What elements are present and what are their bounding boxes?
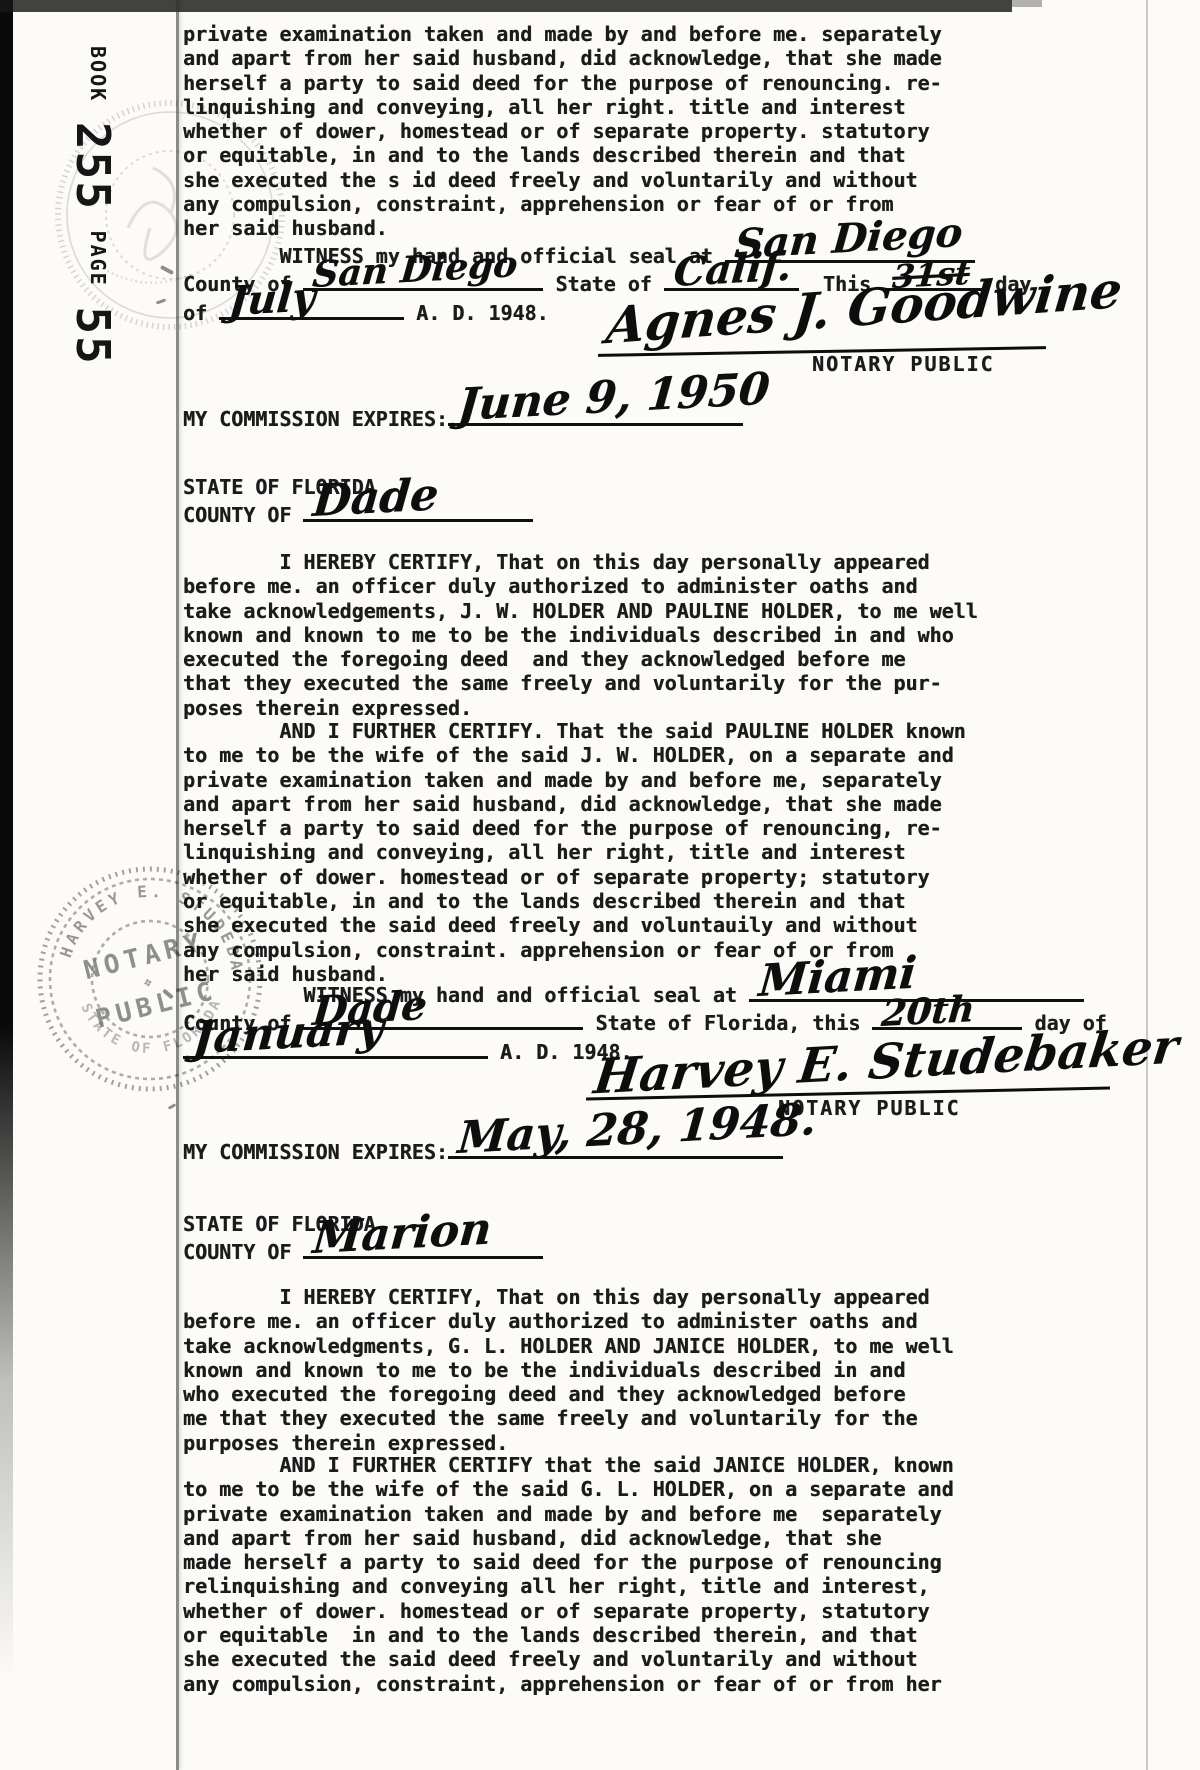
typed-line: executed the foregoing deed and they ack… — [183, 647, 1043, 671]
typed-line: private examination taken and made by an… — [183, 768, 1043, 792]
scan-edge-top — [0, 0, 1012, 12]
typed-line: before me. an officer duly authorized to… — [183, 574, 1043, 598]
typed-line: AND I FURTHER CERTIFY that the said JANI… — [183, 1453, 1043, 1477]
typed-line: she executed the said deed freely and vo… — [183, 913, 1043, 937]
typed-line: and apart from her said husband, did ack… — [183, 46, 1043, 70]
typed-line: any compulsion, constraint, apprehension… — [183, 1672, 1043, 1696]
typed-line: she executed the said deed freely and vo… — [183, 1647, 1043, 1671]
blank-day: 20th — [872, 1007, 1022, 1030]
typed-line: relinquishing and conveying all her righ… — [183, 1574, 1043, 1598]
typed-line: herself a party to said deed for the pur… — [183, 816, 1043, 840]
commission-expiration-california: MY COMMISSION EXPIRES:June 9, 1950 — [183, 403, 1043, 431]
blank-commission-date: June 9, 1950 — [448, 403, 743, 426]
scanned-deed-page: BOOK 255 PAGE 55 HARVEY E. STUDEBAKER ST… — [0, 0, 1200, 1770]
commission-label: MY COMMISSION EXPIRES: — [183, 1140, 448, 1164]
typed-line: whether of dower, homestead or of separa… — [183, 119, 1043, 143]
state-label: State of Florida, this — [583, 1011, 872, 1035]
typed-line: linquishing and conveying, all her right… — [183, 95, 1043, 119]
scan-edge-left — [0, 0, 13, 1770]
typed-line: or equitable in and to the lands describ… — [183, 1623, 1043, 1647]
county-line: COUNTY OF Dade — [183, 499, 1043, 527]
typed-line: purposes therein expressed. — [183, 1431, 1043, 1455]
typed-line: poses therein expressed. — [183, 696, 1043, 720]
handwritten-county-name: Dade — [311, 473, 440, 524]
commission-label: MY COMMISSION EXPIRES: — [183, 407, 448, 431]
county-line: COUNTY OF Marion — [183, 1236, 1043, 1264]
blank-county-name: Marion — [303, 1236, 543, 1259]
typed-line: linquishing and conveying, all her right… — [183, 840, 1043, 864]
typed-line: who executed the foregoing deed and they… — [183, 1382, 1043, 1406]
typed-line: whether of dower. homestead or of separa… — [183, 1599, 1043, 1623]
typed-line: whether of dower. homestead or of separa… — [183, 865, 1043, 889]
venue-florida-marion: STATE OF FLORIDA COUNTY OF Marion — [183, 1212, 1043, 1265]
typed-line: to me to be the wife of the said G. L. H… — [183, 1477, 1043, 1501]
year-label: A. D. 1948. — [404, 301, 549, 325]
typed-line: AND I FURTHER CERTIFY. That the said PAU… — [183, 719, 1043, 743]
blank-county: San Diego — [303, 268, 543, 291]
notary-public-label-1: NOTARY PUBLIC — [812, 352, 995, 376]
typed-line: I HEREBY CERTIFY, That on this day perso… — [183, 550, 1043, 574]
typed-line: and apart from her said husband, did ack… — [183, 1526, 1043, 1550]
stamp-center-ornament: ❖ — [142, 972, 160, 991]
typed-line: private examination taken and made by an… — [183, 1502, 1043, 1526]
county-of-label: COUNTY OF — [183, 1240, 303, 1264]
county-of-label: COUNTY OF — [183, 503, 303, 527]
typed-line: herself a party to said deed for the pur… — [183, 71, 1043, 95]
typed-line: or equitable, in and to the lands descri… — [183, 143, 1043, 167]
commission-line: MY COMMISSION EXPIRES:June 9, 1950 — [183, 403, 1043, 431]
handwritten-county: San Diego — [311, 246, 519, 293]
paragraph-acknowledgment-california: private examination taken and made by an… — [183, 22, 1043, 241]
faint-seal-stamp — [33, 78, 307, 352]
typed-line: take acknowledgements, J. W. HOLDER AND … — [183, 599, 1043, 623]
typed-line: known and known to me to be the individu… — [183, 1358, 1043, 1382]
typed-line: or equitable, in and to the lands descri… — [183, 889, 1043, 913]
paragraph-certify-holder-pauline: I HEREBY CERTIFY, That on this day perso… — [183, 550, 1043, 720]
typed-line: made herself a party to said deed for th… — [183, 1550, 1043, 1574]
notary-stamp-seal: HARVEY E. STUDEBAKER STATE OF FLORIDA NO… — [23, 852, 277, 1106]
paragraph-further-certify-pauline: AND I FURTHER CERTIFY. That the said PAU… — [183, 719, 1043, 986]
paragraph-further-certify-janice: AND I FURTHER CERTIFY that the said JANI… — [183, 1453, 1043, 1696]
handwritten-commission-date: June 9, 1950 — [456, 367, 771, 428]
typed-line: and apart from her said husband, did ack… — [183, 792, 1043, 816]
scan-edge-top-right — [1012, 0, 1042, 7]
state-line: STATE OF FLORIDA — [183, 475, 1043, 499]
typed-line: known and known to me to be the individu… — [183, 623, 1043, 647]
typed-line: to me to be the wife of the said J. W. H… — [183, 743, 1043, 767]
paragraph-certify-holder-janice: I HEREBY CERTIFY, That on this day perso… — [183, 1285, 1043, 1455]
typed-line: before me. an officer duly authorized to… — [183, 1309, 1043, 1333]
state-line: STATE OF FLORIDA — [183, 1212, 1043, 1236]
typed-line: private examination taken and made by an… — [183, 22, 1043, 46]
blank-commission-date: May, 28, 1948. — [448, 1136, 783, 1159]
typed-line: that they executed the same freely and v… — [183, 671, 1043, 695]
blank-county-name: Dade — [303, 499, 533, 522]
commission-line: MY COMMISSION EXPIRES:May, 28, 1948. — [183, 1136, 1043, 1164]
commission-expiration-florida: MY COMMISSION EXPIRES:May, 28, 1948. — [183, 1136, 1043, 1164]
venue-florida-dade: STATE OF FLORIDA COUNTY OF Dade — [183, 475, 1043, 528]
typed-line: me that they executed the same freely an… — [183, 1406, 1043, 1430]
typed-line: she executed the s id deed freely and vo… — [183, 168, 1043, 192]
handwritten-day: 20th — [880, 991, 976, 1032]
handwritten-commission-date: May, 28, 1948. — [456, 1098, 818, 1161]
typed-line: I HEREBY CERTIFY, That on this day perso… — [183, 1285, 1043, 1309]
scan-edge-right — [1146, 0, 1148, 1770]
typed-line: take acknowledgments, G. L. HOLDER AND J… — [183, 1334, 1043, 1358]
handwritten-county-name: Marion — [311, 1208, 493, 1262]
